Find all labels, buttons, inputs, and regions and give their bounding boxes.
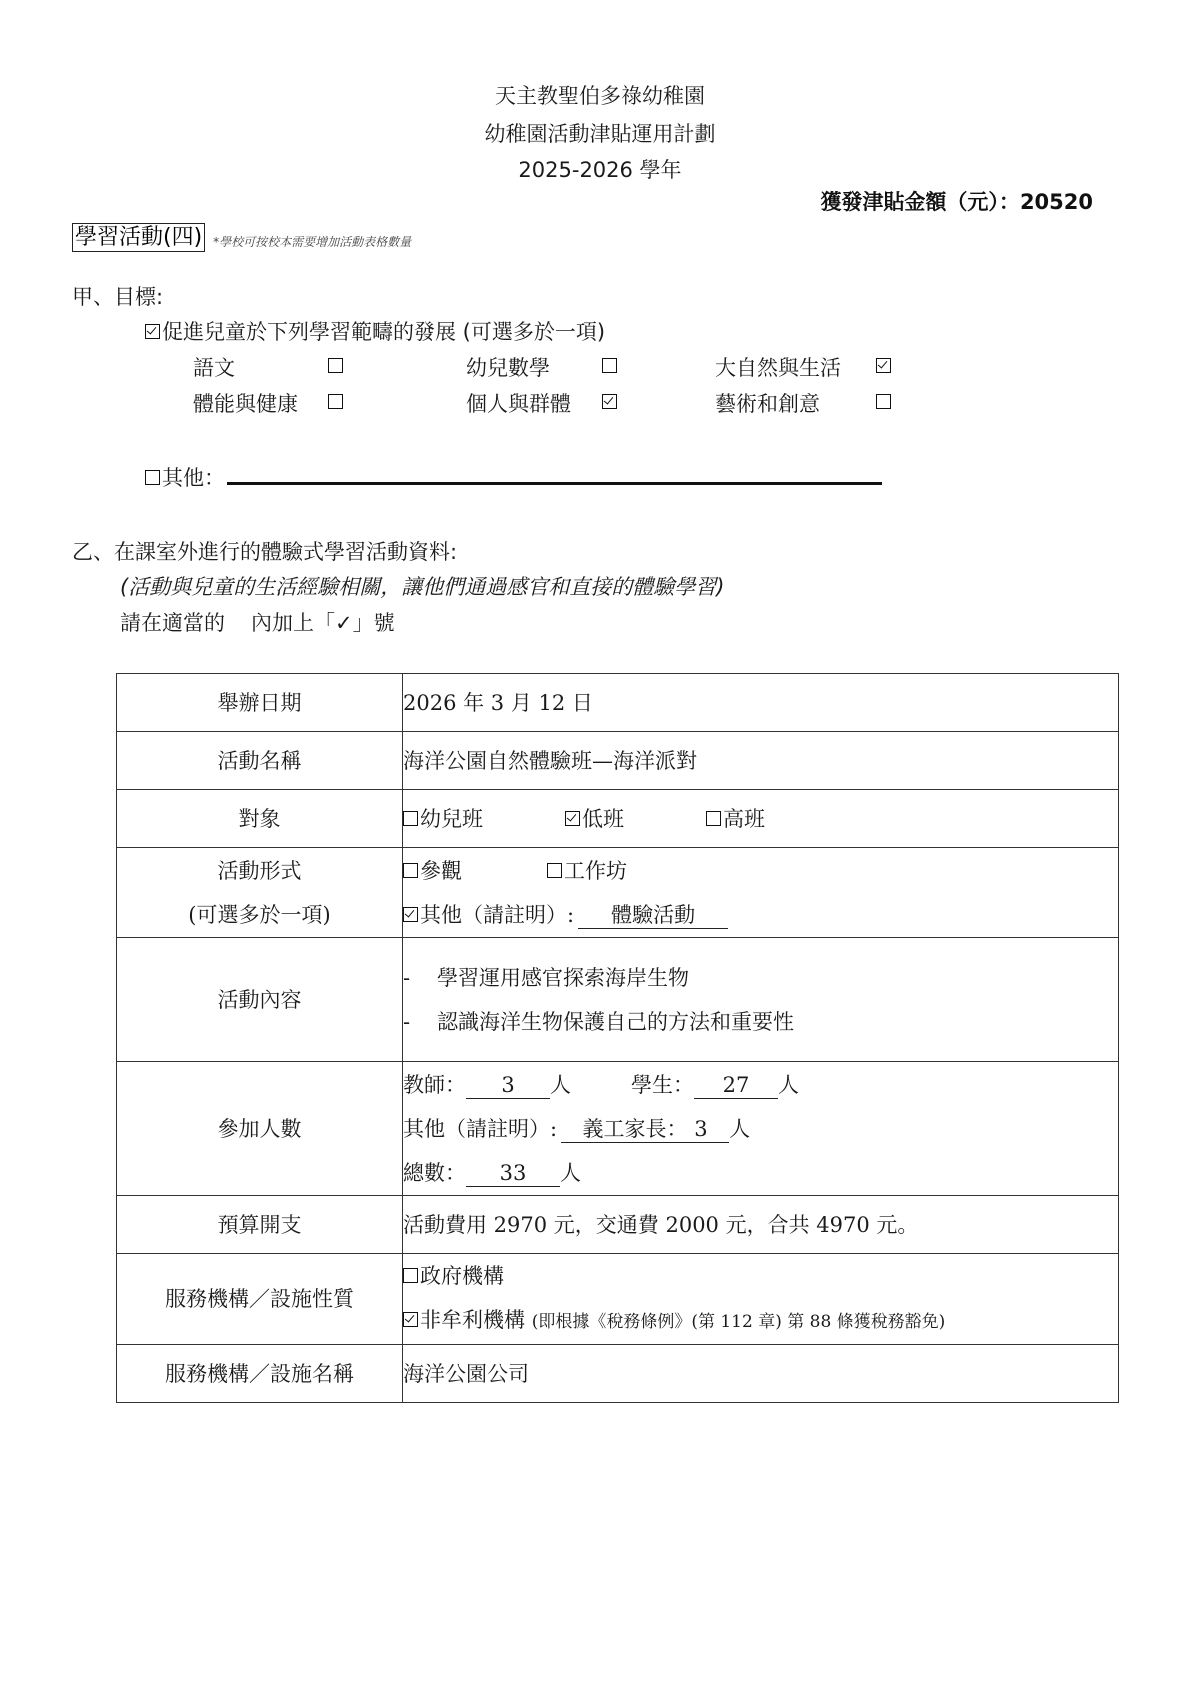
other-participants[interactable]: 義工家長： 3 [561,1116,729,1143]
table-row-participants: 參加人數 教師：3人學生：27人 其他（請註明）:義工家長： 3人 總數：33人 [117,1062,1119,1196]
format-workshop-checkbox[interactable] [547,863,562,878]
learning-area-row: 語文 幼兒數學 大自然與生活 [193,352,913,388]
format-options: 參觀工作坊 其他（請註明）:體驗活動 [403,848,1119,938]
learning-areas: 語文 幼兒數學 大自然與生活 體能與健康 個人與群體 藝術和創意 [193,352,913,424]
other-goal-input[interactable] [227,468,882,485]
table-row-date: 舉辦日期 2026 年 3 月 12 日 [117,674,1119,732]
area-nature: 大自然與生活 [715,352,841,382]
other-goal: 其他： [145,462,882,492]
subsidy-amount: 獲發津貼金額（元）：20520 [820,186,1093,216]
format-visit-checkbox[interactable] [403,863,418,878]
budget-label: 預算開支 [117,1196,403,1254]
plan-title: 幼稚園活動津貼運用計劃 [0,118,1200,148]
promote-development: 促進兒童於下列學習範疇的發展 (可選多於一項) [145,316,605,346]
org-type-label: 服務機構／設施性質 [117,1254,403,1345]
name-label: 活動名稱 [117,732,403,790]
area-arts-checkbox[interactable] [876,394,891,409]
school-year: 2025-2026 學年 [0,154,1200,184]
students-count[interactable]: 27 [694,1072,778,1099]
activity-note: *學校可按校本需要增加活動表格數量 [213,233,411,250]
learning-area-row: 體能與健康 個人與群體 藝術和創意 [193,388,913,424]
section-b-subheading: (活動與兒童的生活經驗相關，讓他們通過感官和直接的體驗學習) [120,571,724,601]
org-name-value[interactable]: 海洋公園公司 [403,1345,1119,1403]
format-label: 活動形式 (可選多於一項) [117,848,403,938]
table-row-name: 活動名稱 海洋公園自然體驗班—海洋派對 [117,732,1119,790]
content-list: -學習運用感官探索海岸生物 -認識海洋生物保護自己的方法和重要性 [403,938,1119,1062]
area-physical-checkbox[interactable] [328,394,343,409]
section-b-instruction: 請在適當的內加上「✓」號 [120,607,395,637]
area-math: 幼兒數學 [466,352,550,382]
table-row-content: 活動內容 -學習運用感官探索海岸生物 -認識海洋生物保護自己的方法和重要性 [117,938,1119,1062]
activity-info-table: 舉辦日期 2026 年 3 月 12 日 活動名稱 海洋公園自然體驗班—海洋派對… [116,673,1119,1403]
subsidy-value: 20520 [1020,190,1093,214]
target-options: 幼兒班低班高班 [403,790,1119,848]
promote-checkbox[interactable] [145,324,160,339]
table-row-org-name: 服務機構／設施名稱 海洋公園公司 [117,1345,1119,1403]
format-other-input[interactable]: 體驗活動 [578,902,728,929]
activity-title: 學習活動(四) [72,223,205,252]
format-label-note: (可選多於一項) [117,893,402,937]
content-item: -學習運用感官探索海岸生物 [403,956,1118,1000]
content-item: -認識海洋生物保護自己的方法和重要性 [403,1000,1118,1044]
total-count[interactable]: 33 [466,1160,560,1187]
format-other-checkbox[interactable] [403,907,418,922]
nonprofit-note: (即根據《稅務條例》(第 112 章) 第 88 條獲稅務豁免) [532,1312,946,1332]
teachers-count[interactable]: 3 [466,1072,550,1099]
target-label: 對象 [117,790,403,848]
subsidy-label: 獲發津貼金額（元）： [820,190,1020,214]
org-nonprofit-checkbox[interactable] [403,1312,418,1327]
area-self-society: 個人與群體 [466,388,571,418]
table-row-budget: 預算開支 活動費用 2970 元，交通費 2000 元，合共 4970 元。 [117,1196,1119,1254]
date-value[interactable]: 2026 年 3 月 12 日 [403,674,1119,732]
area-arts: 藝術和創意 [715,388,820,418]
section-a-heading: 甲、目標: [72,281,163,311]
area-physical: 體能與健康 [193,388,298,418]
org-government-checkbox[interactable] [403,1268,418,1283]
area-language: 語文 [193,352,235,382]
org-type-options: 政府機構 非牟利機構 (即根據《稅務條例》(第 112 章) 第 88 條獲稅務… [403,1254,1119,1345]
table-row-target: 對象 幼兒班低班高班 [117,790,1119,848]
table-row-org-type: 服務機構／設施性質 政府機構 非牟利機構 (即根據《稅務條例》(第 112 章)… [117,1254,1119,1345]
name-value[interactable]: 海洋公園自然體驗班—海洋派對 [403,732,1119,790]
section-b-heading: 乙、在課室外進行的體驗式學習活動資料: [72,536,457,566]
area-nature-checkbox[interactable] [876,358,891,373]
promote-label: 促進兒童於下列學習範疇的發展 (可選多於一項) [162,320,605,344]
budget-value[interactable]: 活動費用 2970 元，交通費 2000 元，合共 4970 元。 [403,1196,1119,1254]
school-name: 天主教聖伯多祿幼稚園 [0,80,1200,110]
org-name-label: 服務機構／設施名稱 [117,1345,403,1403]
area-language-checkbox[interactable] [328,358,343,373]
content-label: 活動內容 [117,938,403,1062]
area-math-checkbox[interactable] [602,358,617,373]
date-label: 舉辦日期 [117,674,403,732]
document-page: 天主教聖伯多祿幼稚園 幼稚園活動津貼運用計劃 2025-2026 學年 獲發津貼… [0,0,1200,1697]
table-row-format: 活動形式 (可選多於一項) 參觀工作坊 其他（請註明）:體驗活動 [117,848,1119,938]
activity-title-row: 學習活動(四) *學校可按校本需要增加活動表格數量 [72,223,411,252]
area-self-society-checkbox[interactable] [602,394,617,409]
target-k2-checkbox[interactable] [565,811,580,826]
other-goal-checkbox[interactable] [145,470,160,485]
other-goal-label: 其他： [162,466,225,490]
participants-label: 參加人數 [117,1062,403,1196]
target-k3-checkbox[interactable] [706,811,721,826]
participants-values: 教師：3人學生：27人 其他（請註明）:義工家長： 3人 總數：33人 [403,1062,1119,1196]
target-k1-checkbox[interactable] [403,811,418,826]
